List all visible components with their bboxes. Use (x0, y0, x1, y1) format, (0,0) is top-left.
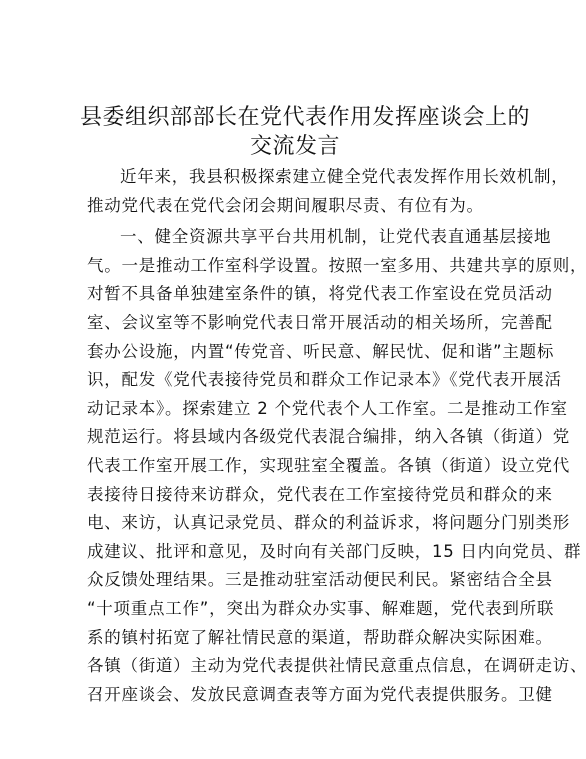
title-line-1: 县委组织部部长在党代表作用发挥座谈会上的 (80, 103, 510, 132)
intro-paragraph: 近年来，我县积极探索建立健全党代表发挥作用长效机制， 推动党代表在党代会闭会期间… (87, 163, 502, 220)
text-line: 室、会议室等不影响党代表日常开展活动的相关场所，完善配 (87, 309, 502, 338)
text-line: 规范运行。将县域内各级党代表混合编排，纳入各镇（街道）党 (87, 423, 502, 452)
text-line: 动记录本》。探索建立 2 个党代表个人工作室。二是推动工作室 (87, 395, 502, 424)
document-title: 县委组织部部长在党代表作用发挥座谈会上的 交流发言 (80, 103, 510, 161)
document-body: 近年来，我县积极探索建立健全党代表发挥作用长效机制， 推动党代表在党代会闭会期间… (87, 163, 502, 709)
text-line: 近年来，我县积极探索建立健全党代表发挥作用长效机制， (87, 163, 502, 192)
text-line: “十项重点工作”，突出为群众办实事、解难题，党代表到所联 (87, 595, 502, 624)
document-page: 县委组织部部长在党代表作用发挥座谈会上的 交流发言 近年来，我县积极探索建立健全… (0, 0, 586, 759)
text-line: 各镇（街道）主动为党代表提供社情民意重点信息，在调研走访、 (87, 652, 502, 681)
text-line: 系的镇村拓宽了解社情民意的渠道，帮助群众解决实际困难。 (87, 624, 502, 653)
text-line: 成建议、批评和意见，及时向有关部门反映，15 日内向党员、群 (87, 538, 502, 567)
text-line: 气。一是推动工作室科学设置。按照一室多用、共建共享的原则， (87, 252, 502, 281)
text-line: 推动党代表在党代会闭会期间履职尽责、有位有为。 (87, 192, 502, 221)
title-line-2: 交流发言 (80, 132, 510, 161)
text-line: 识，配发《党代表接待党员和群众工作记录本》《党代表开展活 (87, 366, 502, 395)
section-one-paragraph: 一、健全资源共享平台共用机制，让党代表直通基层接地 气。一是推动工作室科学设置。… (87, 223, 502, 709)
text-line: 表接待日接待来访群众，党代表在工作室接待党员和群众的来 (87, 481, 502, 510)
text-line: 召开座谈会、发放民意调查表等方面为党代表提供服务。卫健 (87, 681, 502, 710)
text-line: 套办公设施，内置“传党音、听民意、解民忧、促和谐”主题标 (87, 338, 502, 367)
text-line: 众反馈处理结果。三是推动驻室活动便民利民。紧密结合全县 (87, 566, 502, 595)
text-line: 对暂不具备单独建室条件的镇，将党代表工作室设在党员活动 (87, 280, 502, 309)
text-line: 代表工作室开展工作，实现驻室全覆盖。各镇（街道）设立党代 (87, 452, 502, 481)
text-line: 电、来访，认真记录党员、群众的利益诉求，将问题分门别类形 (87, 509, 502, 538)
text-line: 一、健全资源共享平台共用机制，让党代表直通基层接地 (87, 223, 502, 252)
